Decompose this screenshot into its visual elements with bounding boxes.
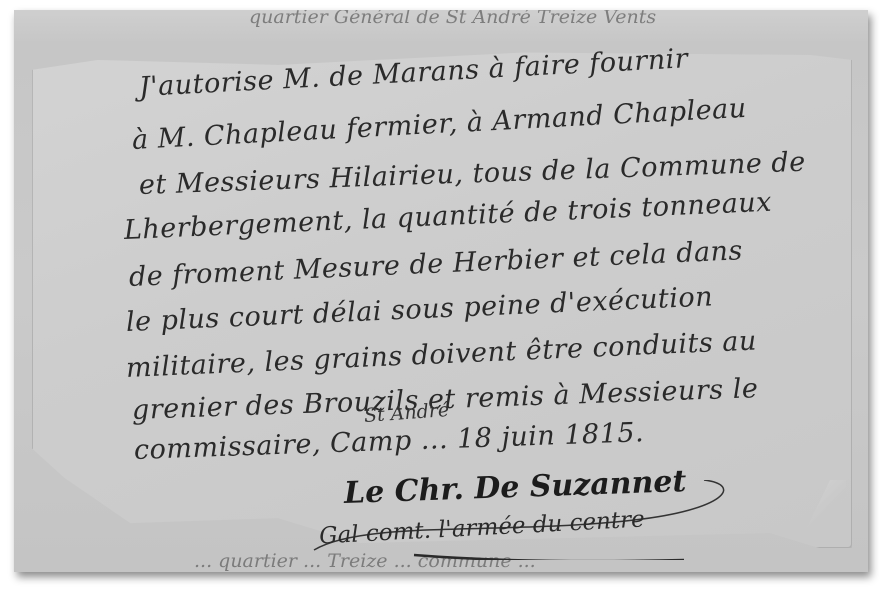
document-photo: quartier Général de St André Treize Vent… bbox=[14, 10, 868, 572]
folded-corner bbox=[806, 480, 846, 530]
back-sheet-header-text: quartier Général de St André Treize Vent… bbox=[249, 10, 868, 28]
